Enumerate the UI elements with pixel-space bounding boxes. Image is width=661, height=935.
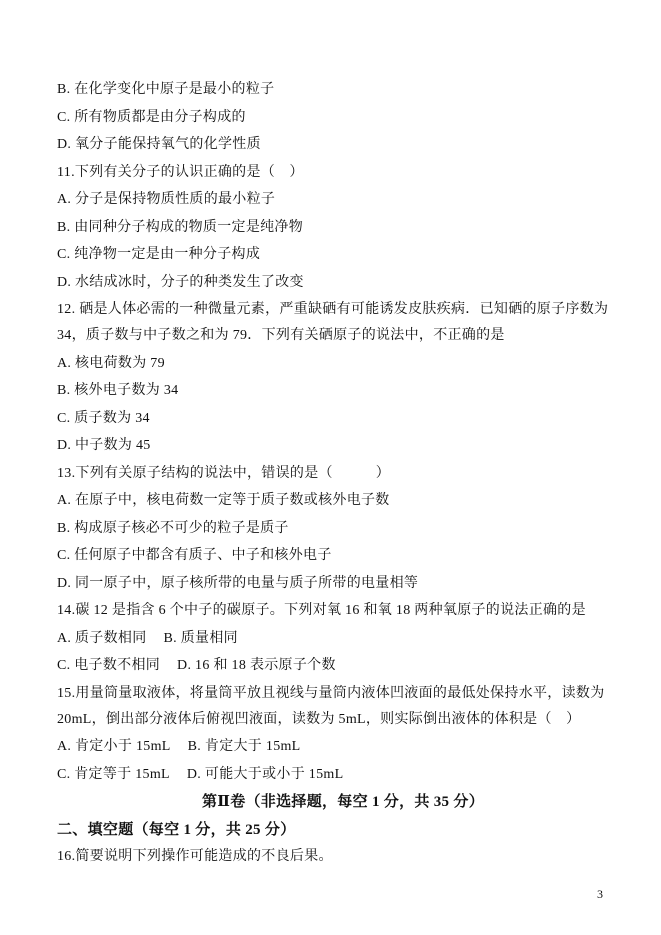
q14-options-row-cd: C. 电子数不相同 D. 16 和 18 表示原子个数 [57, 653, 629, 679]
q10-option-b: B. 在化学变化中原子是最小的粒子 [57, 77, 629, 103]
q11-option-a: A. 分子是保持物质性质的最小粒子 [57, 187, 629, 213]
q11-option-d: D. 水结成冰时，分子的种类发生了改变 [57, 270, 629, 296]
q15-option-b: B. 肯定大于 15mL [188, 734, 301, 760]
q14-option-a: A. 质子数相同 [57, 626, 147, 652]
q13-option-a: A. 在原子中，核电荷数一定等于质子数或核外电子数 [57, 488, 629, 514]
q13-option-d: D. 同一原子中，原子核所带的电量与质子所带的电量相等 [57, 571, 629, 597]
fill-in-section-header: 二、填空题（每空 1 分，共 25 分） [57, 817, 629, 843]
section-2-header: 第Ⅱ卷（非选择题，每空 1 分，共 35 分） [57, 789, 629, 815]
q12-option-b: B. 核外电子数为 34 [57, 378, 629, 404]
q11-option-c: C. 纯净物一定是由一种分子构成 [57, 242, 629, 268]
q12-option-a: A. 核电荷数为 79 [57, 351, 629, 377]
q14-option-c: C. 电子数不相同 [57, 653, 160, 679]
q13-stem: 13.下列有关原子结构的说法中，错误的是（ ） [57, 461, 629, 487]
q14-option-b: B. 质量相同 [164, 626, 238, 652]
q14-options-row-ab: A. 质子数相同 B. 质量相同 [57, 626, 629, 652]
q14-stem: 14.碳 12 是指含 6 个中子的碳原子。下列对氧 16 和氧 18 两种氧原… [57, 598, 629, 624]
q12-option-d: D. 中子数为 45 [57, 433, 629, 459]
q10-option-d: D. 氧分子能保持氧气的化学性质 [57, 132, 629, 158]
q10-option-c: C. 所有物质都是由分子构成的 [57, 105, 629, 131]
page-number: 3 [597, 887, 603, 901]
q16-stem: 16.简要说明下列操作可能造成的不良后果。 [57, 844, 629, 870]
q15-option-a: A. 肯定小于 15mL [57, 734, 171, 760]
q15-option-d: D. 可能大于或小于 15mL [187, 762, 344, 788]
q15-options-row-cd: C. 肯定等于 15mL D. 可能大于或小于 15mL [57, 762, 629, 788]
q12-option-c: C. 质子数为 34 [57, 406, 629, 432]
q14-option-d: D. 16 和 18 表示原子个数 [177, 653, 336, 679]
q13-option-b: B. 构成原子核必不可少的粒子是质子 [57, 516, 629, 542]
q12-stem: 12. 硒是人体必需的一种微量元素，严重缺硒有可能诱发皮肤疾病．已知硒的原子序数… [57, 297, 629, 349]
exam-paper-page: B. 在化学变化中原子是最小的粒子 C. 所有物质都是由分子构成的 D. 氧分子… [0, 0, 661, 935]
q15-options-row-ab: A. 肯定小于 15mL B. 肯定大于 15mL [57, 734, 629, 760]
q15-option-c: C. 肯定等于 15mL [57, 762, 170, 788]
q15-stem: 15.用量筒量取液体，将量筒平放且视线与量筒内液体凹液面的最低处保持水平，读数为… [57, 681, 629, 733]
q13-option-c: C. 任何原子中都含有质子、中子和核外电子 [57, 543, 629, 569]
q11-stem: 11.下列有关分子的认识正确的是（ ） [57, 160, 629, 186]
q11-option-b: B. 由同种分子构成的物质一定是纯净物 [57, 215, 629, 241]
